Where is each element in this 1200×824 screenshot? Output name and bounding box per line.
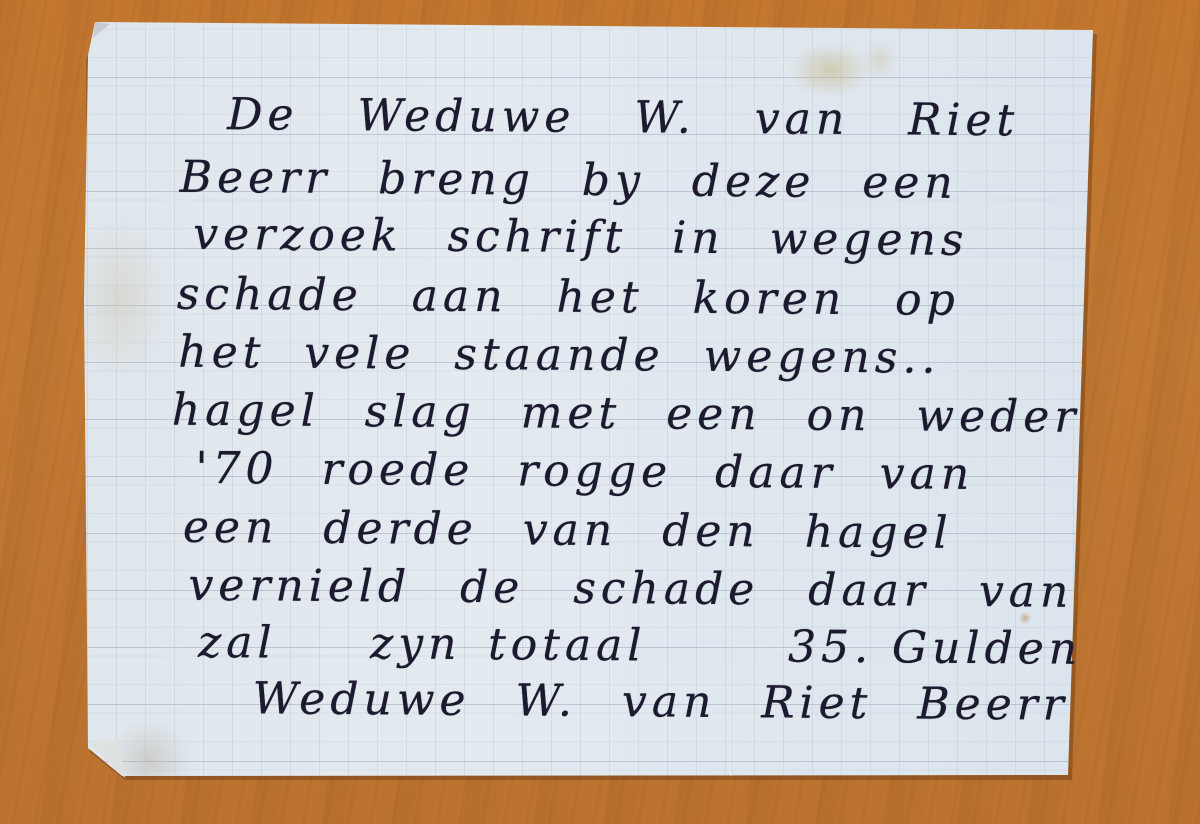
total-phrase: zyn — [370, 618, 462, 670]
letter-line: hagel slag met een on weder — [172, 385, 1081, 443]
letter-line: een derde van den hagel — [183, 502, 953, 559]
total-phrase: zal — [198, 617, 277, 669]
handwritten-letter: De Weduwe W. van Riet Beerr breng by dez… — [0, 0, 1200, 824]
letter-line: schade aan het koren op — [177, 269, 960, 326]
total-label: totaal — [488, 619, 647, 671]
signature: Weduwe W. van Riet Beerr — [252, 673, 1069, 730]
letter-line: '70 roede rogge daar van — [195, 443, 974, 500]
letter-line: het vele staande wegens.. — [178, 327, 940, 384]
letter-line: Beerr breng by deze een — [180, 152, 958, 209]
total-line: zal zyn totaal 35. Gulden — [0, 615, 1198, 684]
letter-line: vernield de schade daar van — [188, 560, 1073, 618]
total-amount: 35. Gulden — [788, 621, 1082, 674]
letter-line: De Weduwe W. van Riet — [227, 89, 1019, 146]
letter-line: verzoek schrift in wegens — [193, 209, 969, 266]
